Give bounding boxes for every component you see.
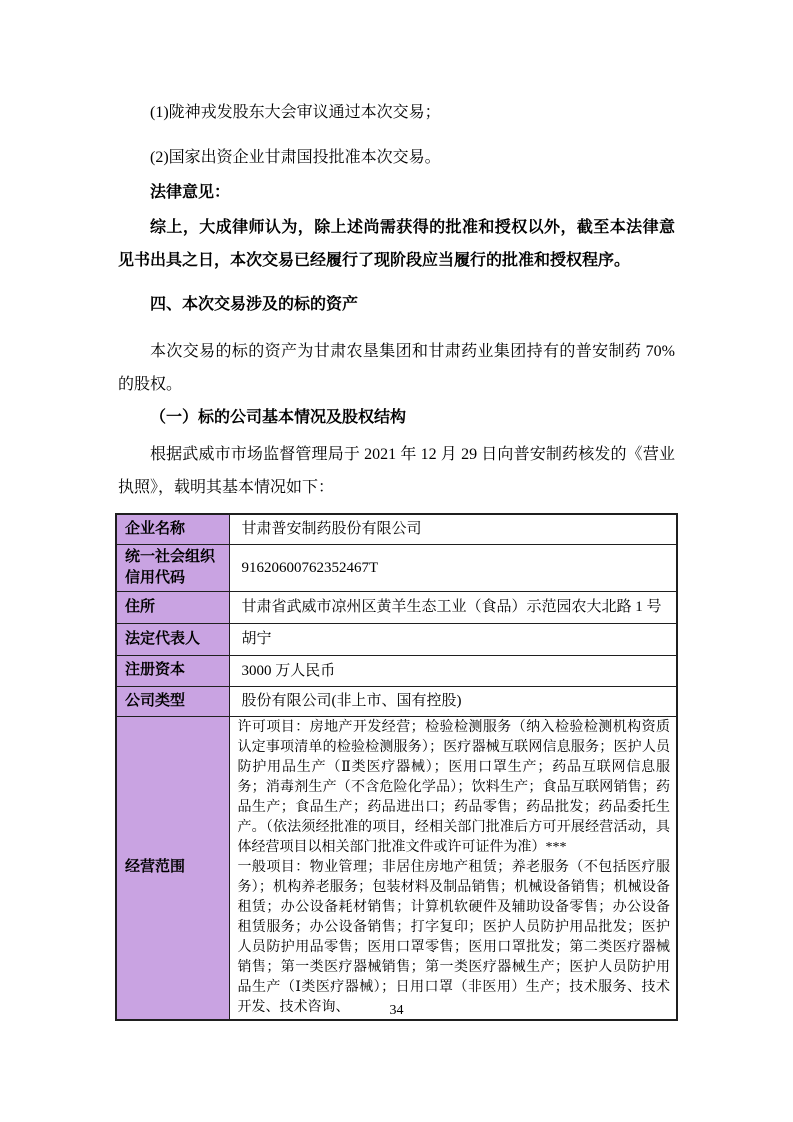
row-value-address: 甘肃省武威市凉州区黄羊生态工业（食品）示范园农大北路 1 号 [229, 591, 677, 623]
row-label-registered-capital: 注册资本 [116, 655, 229, 686]
table-row: 经营范围 许可项目：房地产开发经营；检验检测服务（纳入检验检测机构资质认定事项清… [116, 716, 677, 1020]
row-label-address: 住所 [116, 591, 229, 623]
row-label-company-type: 公司类型 [116, 686, 229, 716]
table-row: 住所 甘肃省武威市凉州区黄羊生态工业（食品）示范园农大北路 1 号 [116, 591, 677, 623]
table-row: 统一社会组织信用代码 91620600762352467T [116, 544, 677, 591]
page-number: 34 [0, 1003, 793, 1019]
table-row: 注册资本 3000 万人民币 [116, 655, 677, 686]
legal-opinion-label: 法律意见： [118, 176, 675, 209]
company-info-table: 企业名称 甘肃普安制药股份有限公司 统一社会组织信用代码 91620600762… [115, 513, 678, 1021]
row-label-legal-representative: 法定代表人 [116, 623, 229, 655]
row-value-company-type: 股份有限公司(非上市、国有控股) [229, 686, 677, 716]
paragraph-business-license-intro: 根据武威市市场监督管理局于 2021 年 12 月 29 日向普安制药核发的《营… [118, 438, 675, 504]
subsection-heading-1: （一）标的公司基本情况及股权结构 [118, 401, 675, 434]
table-row: 法定代表人 胡宁 [116, 623, 677, 655]
row-label-business-scope: 经营范围 [116, 716, 229, 1020]
row-label-company-name: 企业名称 [116, 514, 229, 544]
table-row: 企业名称 甘肃普安制药股份有限公司 [116, 514, 677, 544]
row-value-company-name: 甘肃普安制药股份有限公司 [229, 514, 677, 544]
row-label-credit-code: 统一社会组织信用代码 [116, 544, 229, 591]
legal-opinion-conclusion: 综上，大成律师认为，除上述尚需获得的批准和授权以外，截至本法律意见书出具之日，本… [118, 211, 675, 277]
paragraph-approval-item-2: (2)国家出资企业甘肃国投批准本次交易。 [118, 141, 675, 174]
row-value-legal-representative: 胡宁 [229, 623, 677, 655]
paragraph-approval-item-1: (1)陇神戎发股东大会审议通过本次交易； [118, 96, 675, 129]
row-value-credit-code: 91620600762352467T [229, 544, 677, 591]
section-heading-4: 四、本次交易涉及的标的资产 [118, 288, 675, 321]
row-value-registered-capital: 3000 万人民币 [229, 655, 677, 686]
table-row: 公司类型 股份有限公司(非上市、国有控股) [116, 686, 677, 716]
row-value-business-scope: 许可项目：房地产开发经营；检验检测服务（纳入检验检测机构资质认定事项清单的检验检… [229, 716, 677, 1020]
paragraph-target-asset: 本次交易的标的资产为甘肃农垦集团和甘肃药业集团持有的普安制药 70%的股权。 [118, 335, 675, 401]
document-page: (1)陇神戎发股东大会审议通过本次交易； (2)国家出资企业甘肃国投批准本次交易… [0, 0, 793, 1122]
